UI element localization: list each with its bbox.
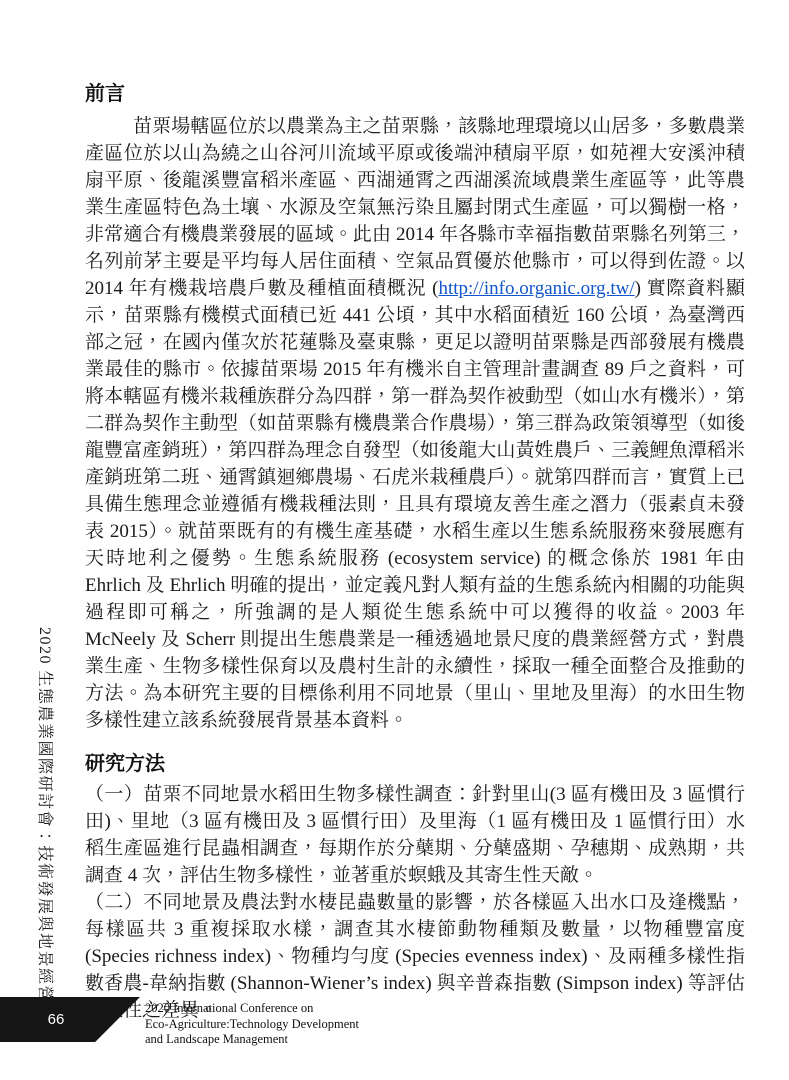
preface-paragraph: 苗栗場轄區位於以農業為主之苗栗縣，該縣地理環境以山居多，多數農業產區位於以山為繞… <box>85 113 745 734</box>
preface-text-after-link: ) 實際資料顯示，苗栗縣有機模式面積已近 441 公頃，其中水稻面積近 160 … <box>85 278 745 731</box>
methods-heading: 研究方法 <box>85 750 745 778</box>
organic-info-link[interactable]: http://info.organic.org.tw/ <box>438 278 634 299</box>
preface-text-before-link: 苗栗場轄區位於以農業為主之苗栗縣，該縣地理環境以山居多，多數農業產區位於以山為繞… <box>85 116 745 299</box>
sidebar-vertical-title: 2020 生態農業國際研討會：技術發展與地景經營 <box>38 627 58 1007</box>
main-content: 前言 苗栗場轄區位於以農業為主之苗栗縣，該縣地理環境以山居多，多數農業產區位於以… <box>85 80 745 1024</box>
preface-heading: 前言 <box>85 80 745 108</box>
page-number: 66 <box>0 1011 112 1028</box>
methods-item-1: （一）苗栗不同地景水稻田生物多樣性調查：針對里山(3 區有機田及 3 區慣行田)… <box>85 781 745 889</box>
conference-footer-line-3: and Landscape Management <box>145 1032 359 1048</box>
conference-footer-line-1: 2020 International Conference on <box>145 1001 359 1017</box>
document-page: 2020 生態農業國際研討會：技術發展與地景經營 前言 苗栗場轄區位於以農業為主… <box>0 0 789 1080</box>
conference-footer: 2020 International Conference on Eco-Agr… <box>145 1001 359 1048</box>
conference-footer-line-2: Eco-Agriculture:Technology Development <box>145 1017 359 1033</box>
